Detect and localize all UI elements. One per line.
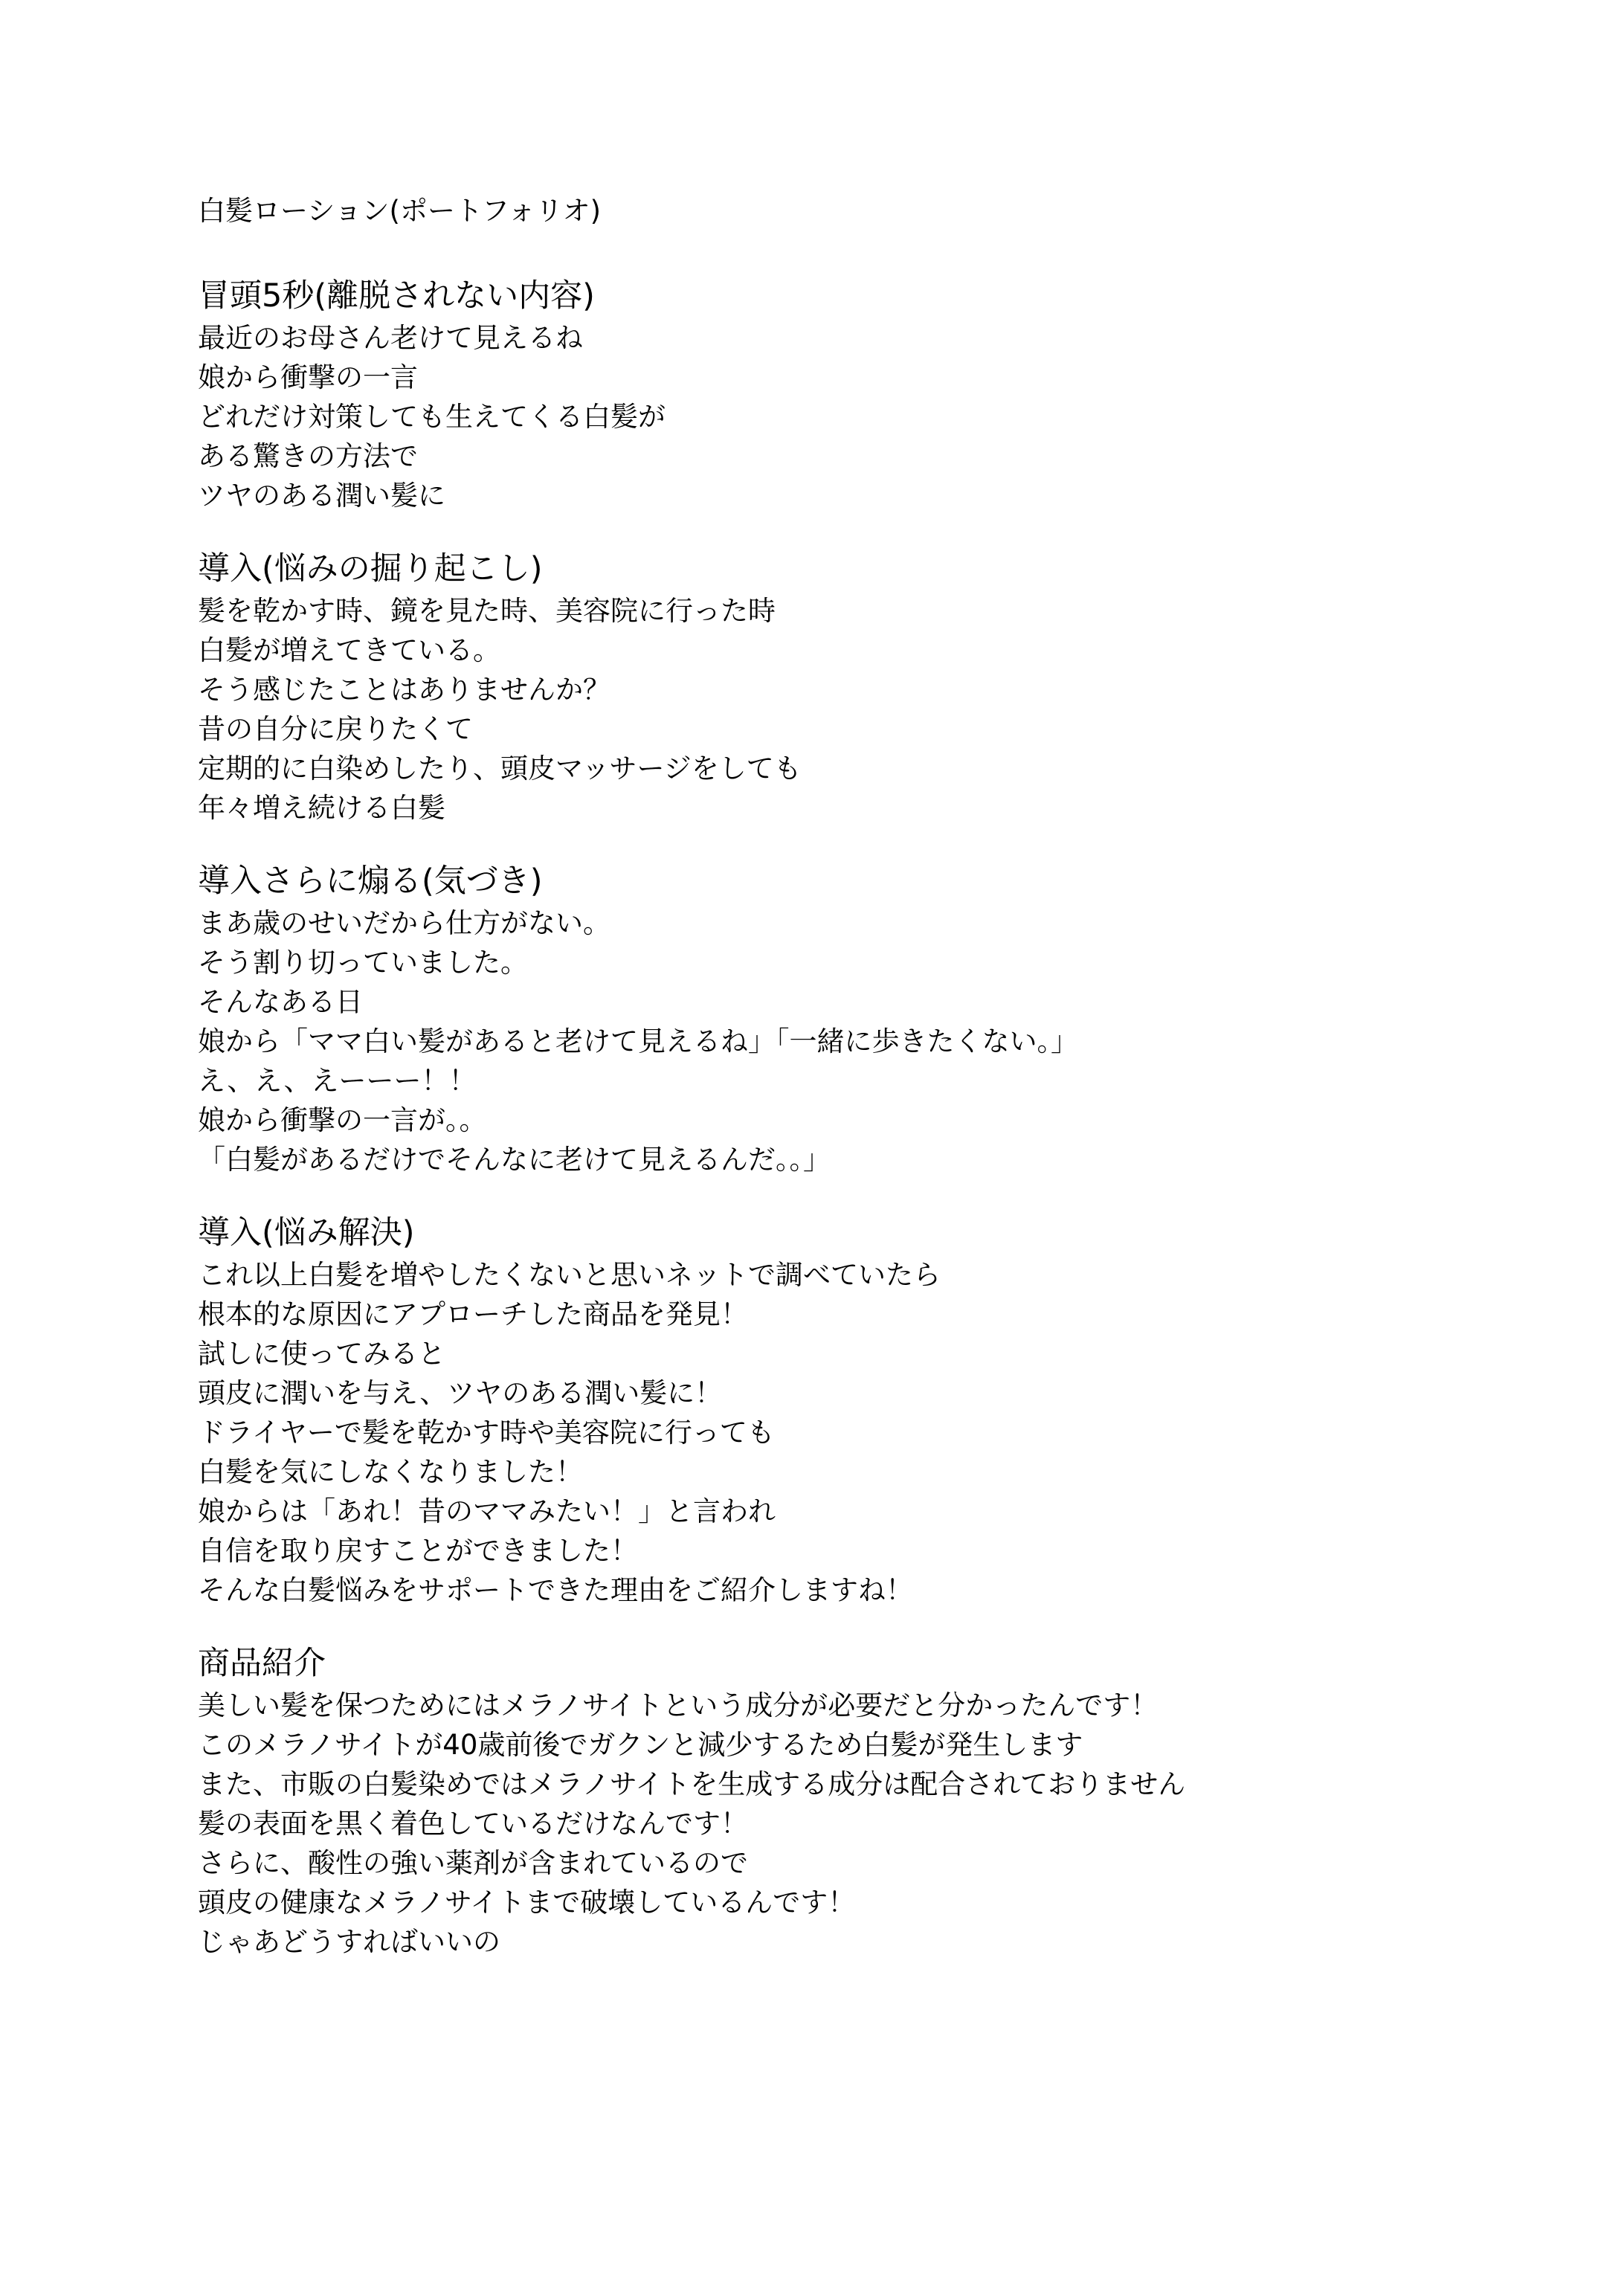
body-line: 根本的な原因にアプローチした商品を発見！ [198,1295,1536,1334]
body-line: 娘からは「あれ！昔のママみたい！」と言われ [198,1492,1536,1531]
body-line: どれだけ対策しても生えてくる白髪が [198,397,1536,436]
document-title: 白髪ローション(ポートフォリオ) [198,192,1536,231]
section-heading: 導入さらに煽る(気づき) [198,859,1536,903]
section-product-intro: 商品紹介 美しい髪を保つためにはメラノサイトという成分が必要だと分かったんです！… [198,1641,1536,1962]
body-line: そんな白髪悩みをサポートできた理由をご紹介しますね！ [198,1570,1536,1610]
document-page: 白髪ローション(ポートフォリオ) 冒頭5秒(離脱されない内容) 最近のお母さん老… [198,192,1536,1993]
body-line: ある驚きの方法で [198,436,1536,476]
section-intro-awareness: 導入さらに煽る(気づき) まあ歳のせいだから仕方がない。 そう割り切っていました… [198,859,1536,1179]
section-opening-5sec: 冒頭5秒(離脱されない内容) 最近のお母さん老けて見えるね 娘から衝撃の一言 ど… [198,274,1536,515]
section-intro-solution: 導入(悩み解決) これ以上白髪を増やしたくないと思いネットで調べていたら 根本的… [198,1211,1536,1610]
body-line: このメラノサイトが40歳前後でガクンと減少するため白髪が発生します [198,1725,1536,1765]
body-line: 美しい髪を保つためにはメラノサイトという成分が必要だと分かったんです！ [198,1686,1536,1725]
body-line: 頭皮の健康なメラノサイトまで破壊しているんです！ [198,1883,1536,1922]
body-line: そう感じたことはありませんか？ [198,670,1536,709]
section-heading: 導入(悩み解決) [198,1211,1536,1255]
body-line: ドライヤーで髪を乾かす時や美容院に行っても [198,1413,1536,1452]
section-heading: 商品紹介 [198,1641,1536,1686]
body-line: さらに、酸性の強い薬剤が含まれているので [198,1843,1536,1883]
body-line: 娘から「ママ白い髪があると老けて見えるね」「一緒に歩きたくない。」 [198,1022,1536,1061]
section-heading: 導入(悩みの掘り起こし) [198,547,1536,591]
body-line: 定期的に白染めしたり、頭皮マッサージをしても [198,749,1536,788]
body-line: 髪の表面を黒く着色しているだけなんです！ [198,1804,1536,1843]
body-line: 昔の自分に戻りたくて [198,709,1536,749]
body-line: ツヤのある潤い髪に [198,476,1536,515]
body-line: 年々増え続ける白髪 [198,788,1536,828]
body-line: 頭皮に潤いを与え、ツヤのある潤い髪に！ [198,1373,1536,1413]
body-line: 「白髪があるだけでそんなに老けて見えるんだ。。」 [198,1140,1536,1179]
body-line: 娘から衝撃の一言 [198,358,1536,397]
body-line: そう割り切っていました。 [198,943,1536,982]
body-line: 白髪を気にしなくなりました！ [198,1452,1536,1492]
body-line: 自信を取り戻すことができました！ [198,1531,1536,1570]
body-line: 髪を乾かす時、鏡を見た時、美容院に行った時 [198,591,1536,631]
body-line: 試しに使ってみると [198,1334,1536,1373]
body-line: 白髪が増えてきている。 [198,631,1536,670]
body-line: また、市販の白髪染めではメラノサイトを生成する成分は配合されておりません [198,1765,1536,1804]
body-line: まあ歳のせいだから仕方がない。 [198,903,1536,943]
body-line: これ以上白髪を増やしたくないと思いネットで調べていたら [198,1255,1536,1295]
body-line: じゃあどうすればいいの [198,1922,1536,1962]
body-line: 最近のお母さん老けて見えるね [198,318,1536,358]
section-heading: 冒頭5秒(離脱されない内容) [198,274,1536,318]
body-line: え、え、えーーー！！ [198,1061,1536,1101]
body-line: そんなある日 [198,982,1536,1022]
section-intro-problem: 導入(悩みの掘り起こし) 髪を乾かす時、鏡を見た時、美容院に行った時 白髪が増え… [198,547,1536,828]
body-line: 娘から衝撃の一言が。。 [198,1101,1536,1140]
